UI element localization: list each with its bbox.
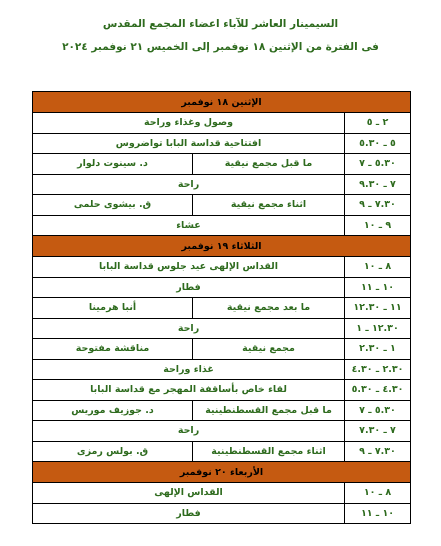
time-cell: ١٠ ـ ١١ [345, 503, 411, 524]
speaker-cell: أنبا هرمينا [33, 298, 193, 319]
time-cell: ١٠ ـ ١١ [345, 277, 411, 298]
activity-cell: اثناء مجمع نيقية [193, 195, 345, 216]
activity-cell: افتتاحية قداسة البابا تواضروس [33, 133, 345, 154]
activity-cell: لقاء خاص بأساقفة المهجر مع قداسة البابا [33, 380, 345, 401]
activity-cell: راحة [33, 318, 345, 339]
speaker-cell: ق. بيشوى حلمى [33, 195, 193, 216]
activity-cell: ما قبل مجمع نيقية [193, 154, 345, 175]
table-row: ٥.٣٠ ـ ٧ما قبل مجمع القسطنطينيةد. جوزيف … [33, 400, 411, 421]
time-cell: ٧.٣٠ ـ ٩ [345, 441, 411, 462]
speaker-cell: د. جوزيف موريس [33, 400, 193, 421]
time-cell: ٥ ـ ٥.٣٠ [345, 133, 411, 154]
time-cell: ٧ ـ ٩.٣٠ [345, 174, 411, 195]
activity-cell: اثناء مجمع القسطنطينية [193, 441, 345, 462]
speaker-cell: ق. بولس رمزى [33, 441, 193, 462]
table-row: ٧ ـ ٩.٣٠راحة [33, 174, 411, 195]
table-row: ٩ ـ ١٠عشاء [33, 215, 411, 236]
day-header-row: الإثنين ١٨ نوفمبر [33, 92, 411, 113]
table-row: ٧.٣٠ ـ ٩اثناء مجمع نيقيةق. بيشوى حلمى [33, 195, 411, 216]
time-cell: ٥.٣٠ ـ ٧ [345, 400, 411, 421]
speaker-cell: د. سينوت دلوار [33, 154, 193, 175]
day-header: الثلاثاء ١٩ نوفمبر [33, 236, 411, 257]
table-row: ٢.٣٠ ـ ٤.٣٠غذاء وراحة [33, 359, 411, 380]
activity-cell: ما بعد مجمع نيقية [193, 298, 345, 319]
schedule-table: الإثنين ١٨ نوفمبر ٢ ـ ٥وصول وغذاء وراحة … [32, 91, 411, 524]
table-row: ٥ ـ ٥.٣٠افتتاحية قداسة البابا تواضروس [33, 133, 411, 154]
time-cell: ١٢.٣٠ ـ ١ [345, 318, 411, 339]
time-cell: ٥.٣٠ ـ ٧ [345, 154, 411, 175]
activity-cell: ما قبل مجمع القسطنطينية [193, 400, 345, 421]
table-row: ٥.٣٠ ـ ٧ما قبل مجمع نيقيةد. سينوت دلوار [33, 154, 411, 175]
table-row: ٧ ـ ٧.٣٠راحة [33, 421, 411, 442]
activity-cell: راحة [33, 421, 345, 442]
table-row: ٨ ـ ١٠القداس الإلهى [33, 483, 411, 504]
table-row: ١ ـ ٢.٣٠مجمع نيقيةمناقشة مفتوحة [33, 339, 411, 360]
activity-cell: راحة [33, 174, 345, 195]
speaker-cell: مناقشة مفتوحة [33, 339, 193, 360]
time-cell: ٢ ـ ٥ [345, 113, 411, 134]
day-header-row: الثلاثاء ١٩ نوفمبر [33, 236, 411, 257]
activity-cell: القداس الإلهى [33, 483, 345, 504]
time-cell: ٩ ـ ١٠ [345, 215, 411, 236]
day-header: الإثنين ١٨ نوفمبر [33, 92, 411, 113]
time-cell: ٤.٣٠ ـ ٥.٣٠ [345, 380, 411, 401]
day-header-row: الأربعاء ٢٠ نوفمبر [33, 462, 411, 483]
time-cell: ٧.٣٠ ـ ٩ [345, 195, 411, 216]
time-cell: ٢.٣٠ ـ ٤.٣٠ [345, 359, 411, 380]
table-row: ٨ ـ ١٠القداس الإلهى عيد جلوس قداسة الباب… [33, 257, 411, 278]
table-row: ١١ ـ ١٢.٣٠ما بعد مجمع نيقيةأنبا هرمينا [33, 298, 411, 319]
time-cell: ٨ ـ ١٠ [345, 257, 411, 278]
table-row: ٤.٣٠ ـ ٥.٣٠لقاء خاص بأساقفة المهجر مع قد… [33, 380, 411, 401]
activity-cell: فطار [33, 277, 345, 298]
time-cell: ١ ـ ٢.٣٠ [345, 339, 411, 360]
activity-cell: غذاء وراحة [33, 359, 345, 380]
day-header: الأربعاء ٢٠ نوفمبر [33, 462, 411, 483]
activity-cell: عشاء [33, 215, 345, 236]
table-row: ٢ ـ ٥وصول وغذاء وراحة [33, 113, 411, 134]
time-cell: ٧ ـ ٧.٣٠ [345, 421, 411, 442]
time-cell: ٨ ـ ١٠ [345, 483, 411, 504]
table-row: ١٠ ـ ١١فطار [33, 277, 411, 298]
table-row: ١٢.٣٠ ـ ١راحة [33, 318, 411, 339]
document-title: السيمينار العاشر للآباء اعضاء المجمع الم… [0, 18, 441, 30]
table-row: ٧.٣٠ ـ ٩اثناء مجمع القسطنطينيةق. بولس رم… [33, 441, 411, 462]
document-subtitle: فى الفترة من الإثنين ١٨ نوفمبر إلى الخمي… [0, 41, 441, 53]
activity-cell: فطار [33, 503, 345, 524]
activity-cell: وصول وغذاء وراحة [33, 113, 345, 134]
table-row: ١٠ ـ ١١فطار [33, 503, 411, 524]
activity-cell: مجمع نيقية [193, 339, 345, 360]
activity-cell: القداس الإلهى عيد جلوس قداسة البابا [33, 257, 345, 278]
time-cell: ١١ ـ ١٢.٣٠ [345, 298, 411, 319]
